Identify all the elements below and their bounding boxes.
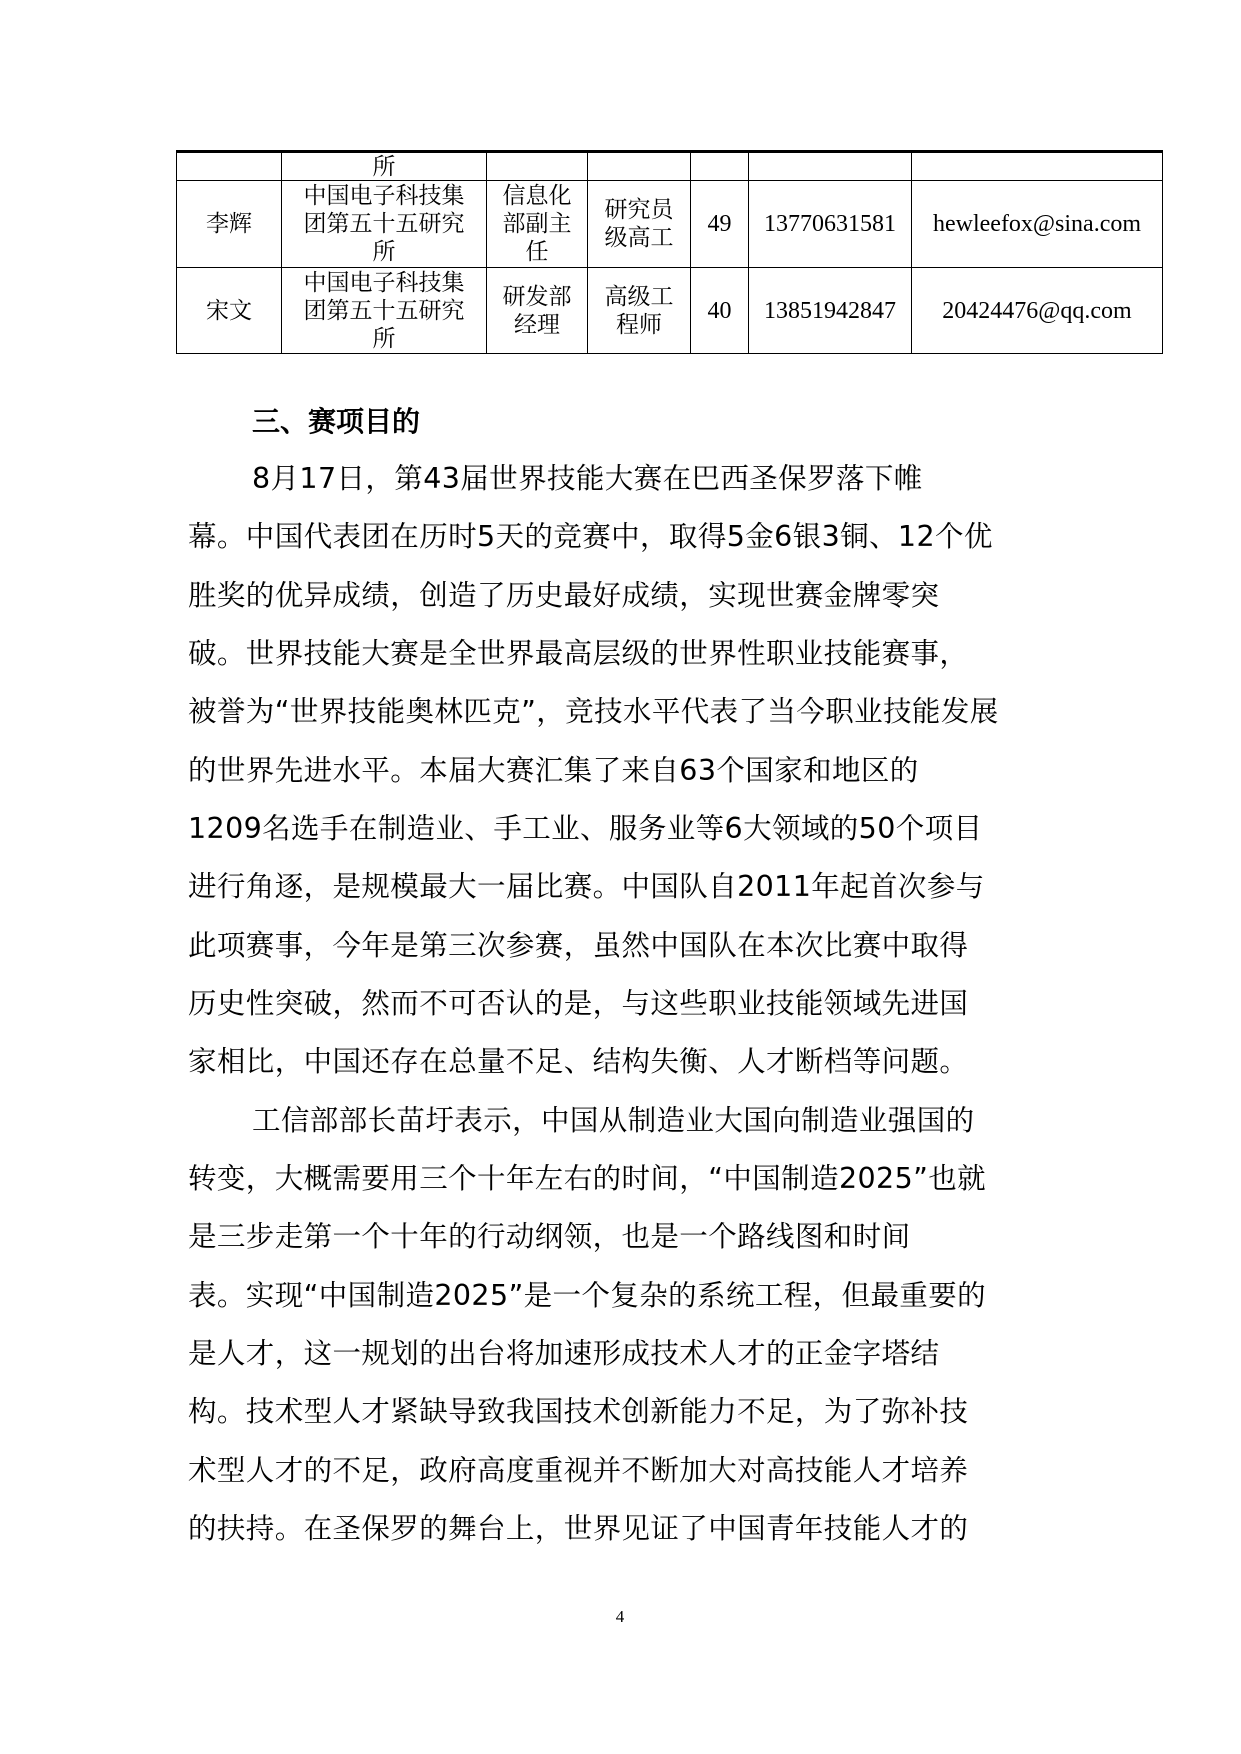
age-cell: 40 <box>691 268 749 354</box>
paragraph-line: 的世界先进水平。本届大赛汇集了来自63个国家和地区的 <box>188 753 919 789</box>
contact-table: 所 李辉 中国电子科技集 团第五十五研究 所 信息化 部副主 任 研究员 级高工 <box>176 150 1163 354</box>
paragraph-line: 被誉为“世界技能奥林匹克”，竞技水平代表了当今职业技能发展 <box>188 694 999 730</box>
phone-cell: 13770631581 <box>749 181 912 268</box>
title-cell: 研究员 级高工 <box>588 181 691 268</box>
dept-cell: 信息化 部副主 任 <box>487 181 588 268</box>
email-cell: 20424476@qq.com <box>912 268 1163 354</box>
phone-cell <box>749 152 912 181</box>
page-number: 4 <box>612 1605 628 1629</box>
org-cell: 所 <box>282 152 487 181</box>
table-row: 宋文 中国电子科技集 团第五十五研究 所 研发部 经理 高级工 程师 40 13… <box>177 268 1163 354</box>
dept-cell <box>487 152 588 181</box>
dept-cell: 研发部 经理 <box>487 268 588 354</box>
email-cell <box>912 152 1163 181</box>
paragraph-line: 幕。中国代表团在历时5天的竞赛中，取得5金6银3铜、12个优 <box>188 519 993 555</box>
paragraph-line: 历史性突破，然而不可否认的是，与这些职业技能领域先进国 <box>188 986 968 1022</box>
paragraph-line: 工信部部长苗圩表示，中国从制造业大国向制造业强国的 <box>252 1103 975 1139</box>
paragraph-line: 1209名选手在制造业、手工业、服务业等6大领域的50个项目 <box>188 811 982 847</box>
paragraph-line: 8月17日，第43届世界技能大赛在巴西圣保罗落下帷 <box>252 461 923 497</box>
org-cell: 中国电子科技集 团第五十五研究 所 <box>282 268 487 354</box>
table-row: 李辉 中国电子科技集 团第五十五研究 所 信息化 部副主 任 研究员 级高工 4… <box>177 181 1163 268</box>
section-heading: 三、赛项目的 <box>252 404 420 440</box>
title-cell <box>588 152 691 181</box>
name-cell: 宋文 <box>177 268 282 354</box>
paragraph-line: 的扶持。在圣保罗的舞台上，世界见证了中国青年技能人才的 <box>188 1511 968 1547</box>
email-cell: hewleefox@sina.com <box>912 181 1163 268</box>
age-cell <box>691 152 749 181</box>
org-cell: 中国电子科技集 团第五十五研究 所 <box>282 181 487 268</box>
paragraph-line: 构。技术型人才紧缺导致我国技术创新能力不足，为了弥补技 <box>188 1394 968 1430</box>
paragraph-line: 家相比，中国还存在总量不足、结构失衡、人才断档等问题。 <box>188 1044 968 1080</box>
paragraph-line: 破。世界技能大赛是全世界最高层级的世界性职业技能赛事， <box>188 636 968 672</box>
table-row: 所 <box>177 152 1163 181</box>
paragraph-line: 胜奖的优异成绩，创造了历史最好成绩，实现世赛金牌零突 <box>188 578 939 614</box>
paragraph-line: 是三步走第一个十年的行动纲领，也是一个路线图和时间 <box>188 1219 911 1255</box>
paragraph-line: 转变，大概需要用三个十年左右的时间，“中国制造2025”也就 <box>188 1161 986 1197</box>
paragraph-line: 是人才，这一规划的出台将加速形成技术人才的正金字塔结 <box>188 1336 939 1372</box>
age-cell: 49 <box>691 181 749 268</box>
title-cell: 高级工 程师 <box>588 268 691 354</box>
phone-cell: 13851942847 <box>749 268 912 354</box>
paragraph-line: 进行角逐，是规模最大一届比赛。中国队自2011年起首次参与 <box>188 869 985 905</box>
paragraph-line: 术型人才的不足，政府高度重视并不断加大对高技能人才培养 <box>188 1453 968 1489</box>
paragraph-line: 表。实现“中国制造2025”是一个复杂的系统工程，但最重要的 <box>188 1278 986 1314</box>
paragraph-line: 此项赛事，今年是第三次参赛，虽然中国队在本次比赛中取得 <box>188 928 968 964</box>
name-cell: 李辉 <box>177 181 282 268</box>
document-page: 所 李辉 中国电子科技集 团第五十五研究 所 信息化 部副主 任 研究员 级高工 <box>0 0 1241 1754</box>
name-cell <box>177 152 282 181</box>
